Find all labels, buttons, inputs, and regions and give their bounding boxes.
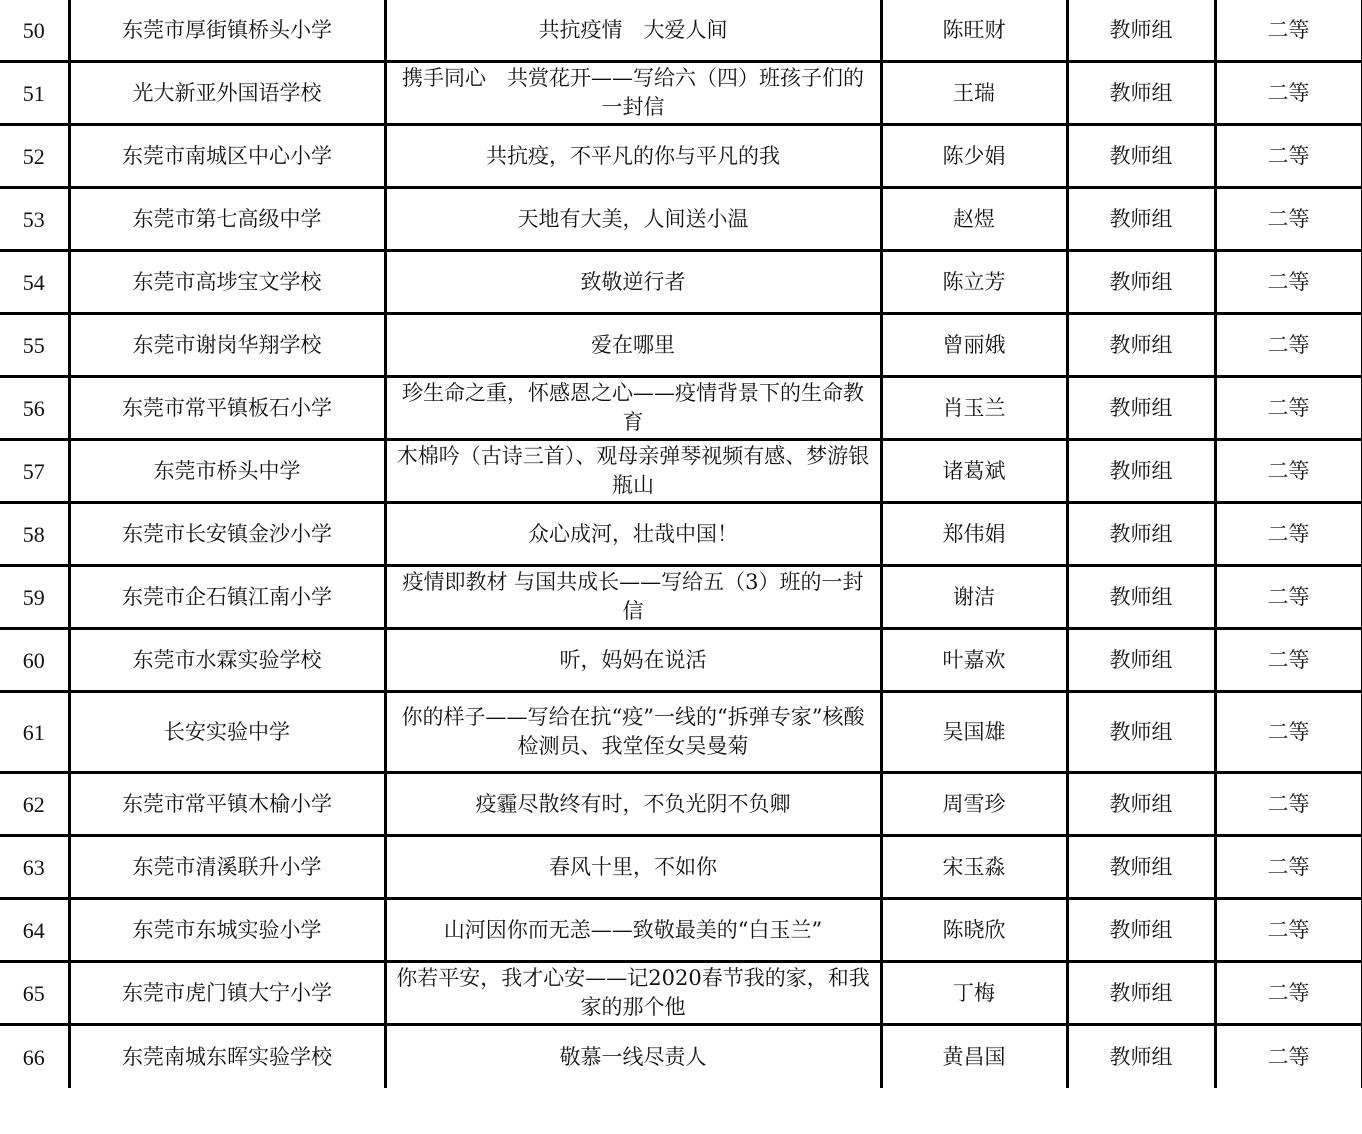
table-row: 65 东莞市虎门镇大宁小学 你若平安，我才心安——记2020春节我的家，和我家的… — [0, 962, 1362, 1025]
title-cell: 共抗疫，不平凡的你与平凡的我 — [385, 125, 881, 188]
row-number: 52 — [0, 125, 69, 188]
table-row: 61 长安实验中学 你的样子——写给在抗“疫”一线的“拆弹专家”核酸检测员、我堂… — [0, 692, 1362, 773]
author-cell: 叶嘉欢 — [881, 629, 1067, 692]
school-cell: 东莞市南城区中心小学 — [69, 125, 385, 188]
row-number: 61 — [0, 692, 69, 773]
group-cell: 教师组 — [1067, 692, 1215, 773]
title-cell: 致敬逆行者 — [385, 251, 881, 314]
award-cell: 二等 — [1215, 1025, 1362, 1089]
row-number: 63 — [0, 836, 69, 899]
title-cell: 众心成河，壮哉中国！ — [385, 503, 881, 566]
group-cell: 教师组 — [1067, 1025, 1215, 1089]
author-cell: 周雪珍 — [881, 773, 1067, 836]
award-cell: 二等 — [1215, 62, 1362, 125]
table-row: 58 东莞市长安镇金沙小学 众心成河，壮哉中国！ 郑伟娟 教师组 二等 — [0, 503, 1362, 566]
title-cell: 你若平安，我才心安——记2020春节我的家，和我家的那个他 — [385, 962, 881, 1025]
author-cell: 赵煜 — [881, 188, 1067, 251]
school-cell: 东莞南城东晖实验学校 — [69, 1025, 385, 1089]
school-cell: 东莞市厚街镇桥头小学 — [69, 0, 385, 62]
table-row: 53 东莞市第七高级中学 天地有大美，人间送小温 赵煜 教师组 二等 — [0, 188, 1362, 251]
award-cell: 二等 — [1215, 692, 1362, 773]
award-list-sheet: 50 东莞市厚街镇桥头小学 共抗疫情 大爱人间 陈旺财 教师组 二等 51 光大… — [0, 0, 1362, 1088]
school-cell: 长安实验中学 — [69, 692, 385, 773]
row-number: 54 — [0, 251, 69, 314]
school-cell: 东莞市水霖实验学校 — [69, 629, 385, 692]
title-cell: 疫霾尽散终有时，不负光阴不负卿 — [385, 773, 881, 836]
row-number: 53 — [0, 188, 69, 251]
school-cell: 光大新亚外国语学校 — [69, 62, 385, 125]
group-cell: 教师组 — [1067, 629, 1215, 692]
author-cell: 陈少娟 — [881, 125, 1067, 188]
school-cell: 东莞市谢岗华翔学校 — [69, 314, 385, 377]
title-cell: 携手同心 共赏花开——写给六（四）班孩子们的一封信 — [385, 62, 881, 125]
school-cell: 东莞市桥头中学 — [69, 440, 385, 503]
group-cell: 教师组 — [1067, 773, 1215, 836]
table-row: 52 东莞市南城区中心小学 共抗疫，不平凡的你与平凡的我 陈少娟 教师组 二等 — [0, 125, 1362, 188]
author-cell: 宋玉淼 — [881, 836, 1067, 899]
row-number: 64 — [0, 899, 69, 962]
title-cell: 敬慕一线尽责人 — [385, 1025, 881, 1089]
award-cell: 二等 — [1215, 251, 1362, 314]
author-cell: 王瑞 — [881, 62, 1067, 125]
table-row: 51 光大新亚外国语学校 携手同心 共赏花开——写给六（四）班孩子们的一封信 王… — [0, 62, 1362, 125]
group-cell: 教师组 — [1067, 440, 1215, 503]
table-row: 56 东莞市常平镇板石小学 珍生命之重，怀感恩之心——疫情背景下的生命教育 肖玉… — [0, 377, 1362, 440]
title-cell: 珍生命之重，怀感恩之心——疫情背景下的生命教育 — [385, 377, 881, 440]
group-cell: 教师组 — [1067, 188, 1215, 251]
author-cell: 郑伟娟 — [881, 503, 1067, 566]
author-cell: 诸葛斌 — [881, 440, 1067, 503]
award-cell: 二等 — [1215, 962, 1362, 1025]
group-cell: 教师组 — [1067, 314, 1215, 377]
award-cell: 二等 — [1215, 0, 1362, 62]
school-cell: 东莞市常平镇木榆小学 — [69, 773, 385, 836]
school-cell: 东莞市清溪联升小学 — [69, 836, 385, 899]
author-cell: 丁梅 — [881, 962, 1067, 1025]
school-cell: 东莞市长安镇金沙小学 — [69, 503, 385, 566]
award-cell: 二等 — [1215, 899, 1362, 962]
author-cell: 肖玉兰 — [881, 377, 1067, 440]
table-row: 64 东莞市东城实验小学 山河因你而无恙——致敬最美的“白玉兰” 陈晓欣 教师组… — [0, 899, 1362, 962]
row-number: 59 — [0, 566, 69, 629]
group-cell: 教师组 — [1067, 503, 1215, 566]
author-cell: 黄昌国 — [881, 1025, 1067, 1089]
author-cell: 陈晓欣 — [881, 899, 1067, 962]
row-number: 55 — [0, 314, 69, 377]
author-cell: 陈旺财 — [881, 0, 1067, 62]
award-cell: 二等 — [1215, 125, 1362, 188]
row-number: 60 — [0, 629, 69, 692]
school-cell: 东莞市常平镇板石小学 — [69, 377, 385, 440]
school-cell: 东莞市虎门镇大宁小学 — [69, 962, 385, 1025]
author-cell: 吴国雄 — [881, 692, 1067, 773]
school-cell: 东莞市高埗宝文学校 — [69, 251, 385, 314]
table-row: 59 东莞市企石镇江南小学 疫情即教材 与国共成长——写给五（3）班的一封信 谢… — [0, 566, 1362, 629]
table-row: 57 东莞市桥头中学 木棉吟（古诗三首）、观母亲弹琴视频有感、梦游银瓶山 诸葛斌… — [0, 440, 1362, 503]
group-cell: 教师组 — [1067, 377, 1215, 440]
award-cell: 二等 — [1215, 629, 1362, 692]
award-cell: 二等 — [1215, 503, 1362, 566]
table-row: 62 东莞市常平镇木榆小学 疫霾尽散终有时，不负光阴不负卿 周雪珍 教师组 二等 — [0, 773, 1362, 836]
award-cell: 二等 — [1215, 773, 1362, 836]
title-cell: 共抗疫情 大爱人间 — [385, 0, 881, 62]
group-cell: 教师组 — [1067, 899, 1215, 962]
row-number: 65 — [0, 962, 69, 1025]
award-cell: 二等 — [1215, 566, 1362, 629]
table-row: 60 东莞市水霖实验学校 听，妈妈在说活 叶嘉欢 教师组 二等 — [0, 629, 1362, 692]
award-cell: 二等 — [1215, 377, 1362, 440]
group-cell: 教师组 — [1067, 251, 1215, 314]
award-cell: 二等 — [1215, 836, 1362, 899]
table-row: 66 东莞南城东晖实验学校 敬慕一线尽责人 黄昌国 教师组 二等 — [0, 1025, 1362, 1089]
row-number: 58 — [0, 503, 69, 566]
table-row: 63 东莞市清溪联升小学 春风十里，不如你 宋玉淼 教师组 二等 — [0, 836, 1362, 899]
group-cell: 教师组 — [1067, 125, 1215, 188]
school-cell: 东莞市东城实验小学 — [69, 899, 385, 962]
group-cell: 教师组 — [1067, 836, 1215, 899]
title-cell: 山河因你而无恙——致敬最美的“白玉兰” — [385, 899, 881, 962]
title-cell: 听，妈妈在说活 — [385, 629, 881, 692]
award-cell: 二等 — [1215, 314, 1362, 377]
row-number: 51 — [0, 62, 69, 125]
group-cell: 教师组 — [1067, 962, 1215, 1025]
title-cell: 天地有大美，人间送小温 — [385, 188, 881, 251]
title-cell: 木棉吟（古诗三首）、观母亲弹琴视频有感、梦游银瓶山 — [385, 440, 881, 503]
school-cell: 东莞市企石镇江南小学 — [69, 566, 385, 629]
group-cell: 教师组 — [1067, 62, 1215, 125]
author-cell: 曾丽娥 — [881, 314, 1067, 377]
table-row: 50 东莞市厚街镇桥头小学 共抗疫情 大爱人间 陈旺财 教师组 二等 — [0, 0, 1362, 62]
row-number: 56 — [0, 377, 69, 440]
table-row: 54 东莞市高埗宝文学校 致敬逆行者 陈立芳 教师组 二等 — [0, 251, 1362, 314]
row-number: 50 — [0, 0, 69, 62]
school-cell: 东莞市第七高级中学 — [69, 188, 385, 251]
group-cell: 教师组 — [1067, 0, 1215, 62]
row-number: 66 — [0, 1025, 69, 1089]
group-cell: 教师组 — [1067, 566, 1215, 629]
title-cell: 疫情即教材 与国共成长——写给五（3）班的一封信 — [385, 566, 881, 629]
title-cell: 春风十里，不如你 — [385, 836, 881, 899]
award-table: 50 东莞市厚街镇桥头小学 共抗疫情 大爱人间 陈旺财 教师组 二等 51 光大… — [0, 0, 1362, 1088]
table-row: 55 东莞市谢岗华翔学校 爱在哪里 曾丽娥 教师组 二等 — [0, 314, 1362, 377]
author-cell: 谢洁 — [881, 566, 1067, 629]
row-number: 57 — [0, 440, 69, 503]
award-cell: 二等 — [1215, 188, 1362, 251]
award-cell: 二等 — [1215, 440, 1362, 503]
title-cell: 爱在哪里 — [385, 314, 881, 377]
author-cell: 陈立芳 — [881, 251, 1067, 314]
row-number: 62 — [0, 773, 69, 836]
title-cell: 你的样子——写给在抗“疫”一线的“拆弹专家”核酸检测员、我堂侄女吴曼菊 — [385, 692, 881, 773]
